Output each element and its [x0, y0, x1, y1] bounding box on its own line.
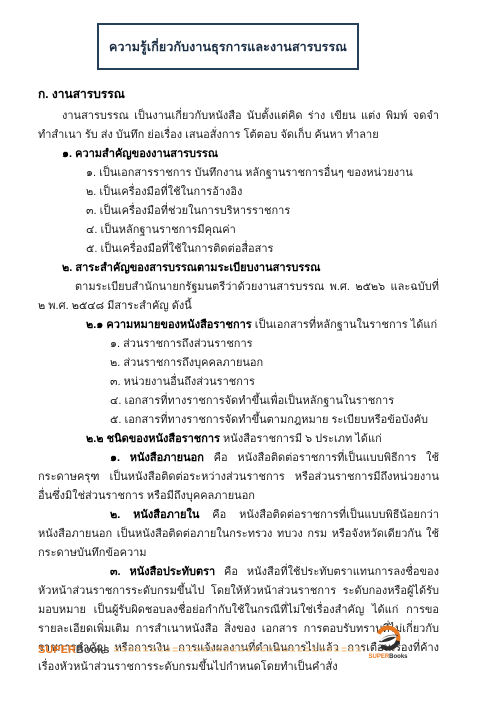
list-item: ๔. เป็นหลักฐานราชการมีคุณค่า [38, 221, 439, 240]
footer-brand-super: SUPER [38, 644, 76, 656]
list-item: ๔. เอกสารที่ทางราชการจัดทำขึ้นเพื่อเป็นห… [38, 392, 439, 411]
list-item: ๑. ส่วนราชการถึงส่วนราชการ [38, 335, 439, 354]
footer-brand-books: Books [76, 644, 110, 656]
footer-brand: SUPERBooks [38, 644, 110, 657]
list-item: ๑. เป็นเอกสารราชการ บันทึกงาน หลักฐานราช… [38, 164, 439, 183]
document-page: ความรู้เกี่ยวกับงานธุรการและงานสารบรรณ ก… [0, 0, 479, 708]
paragraph-regulation: ตามระเบียบสำนักนายกรัฐมนตรีว่าด้วยงานสาร… [38, 278, 439, 316]
logo-caption: SUPERBooks [369, 654, 408, 661]
paragraph-intro: งานสารบรรณ เป็นงานเกี่ยวกับหนังสือ นับตั… [38, 107, 439, 145]
list-item: ๓. เป็นเครื่องมือที่ช่วยในการบริหารราชกา… [38, 202, 439, 221]
list-item: ๓. หน่วยงานอื่นถึงส่วนราชการ [38, 373, 439, 392]
footer-dashed-separator: ========================================… [114, 644, 365, 657]
subheading-meaning: ๒.๑ ความหมายของหนังสือราชการ เป็นเอกสารท… [38, 316, 439, 335]
list-item: ๒. เป็นเครื่องมือที่ใช้ในการอ้างอิง [38, 183, 439, 202]
paragraph-internal-letter: ๒. หนังสือภายใน คือ หนังสือติดต่อราชการท… [38, 506, 439, 563]
list-item: ๒. ส่วนราชการถึงบุคคลภายนอก [38, 354, 439, 373]
heading-essence: ๒. สาระสำคัญของสารบรรณตามระเบียบงานสารบร… [38, 259, 439, 278]
section-heading: ก. งานสารบรรณ [38, 85, 439, 104]
list-item: ๕. เอกสารที่ทางราชการจัดทำขึ้นตามกฎหมาย … [38, 411, 439, 430]
page-footer: SUPERBooks =============================… [38, 624, 407, 657]
page-title: ความรู้เกี่ยวกับงานธุรการและงานสารบรรณ [109, 37, 347, 57]
heading-importance: ๑. ความสำคัญของงานสารบรรณ [38, 145, 439, 164]
publisher-logo: SUPERBooks [369, 624, 407, 661]
paragraph-external-letter: ๑. หนังสือภายนอก คือ หนังสือติดต่อราชการ… [38, 449, 439, 506]
subheading-types: ๒.๒ ชนิดของหนังสือราชการ หนังสือราชการมี… [38, 430, 439, 449]
page-title-box: ความรู้เกี่ยวกับงานธุรการและงานสารบรรณ [97, 23, 359, 70]
swoosh-logo-icon [373, 624, 403, 654]
list-item: ๕. เป็นเครื่องมือที่ใช้ในการติดต่อสื่อสา… [38, 240, 439, 259]
